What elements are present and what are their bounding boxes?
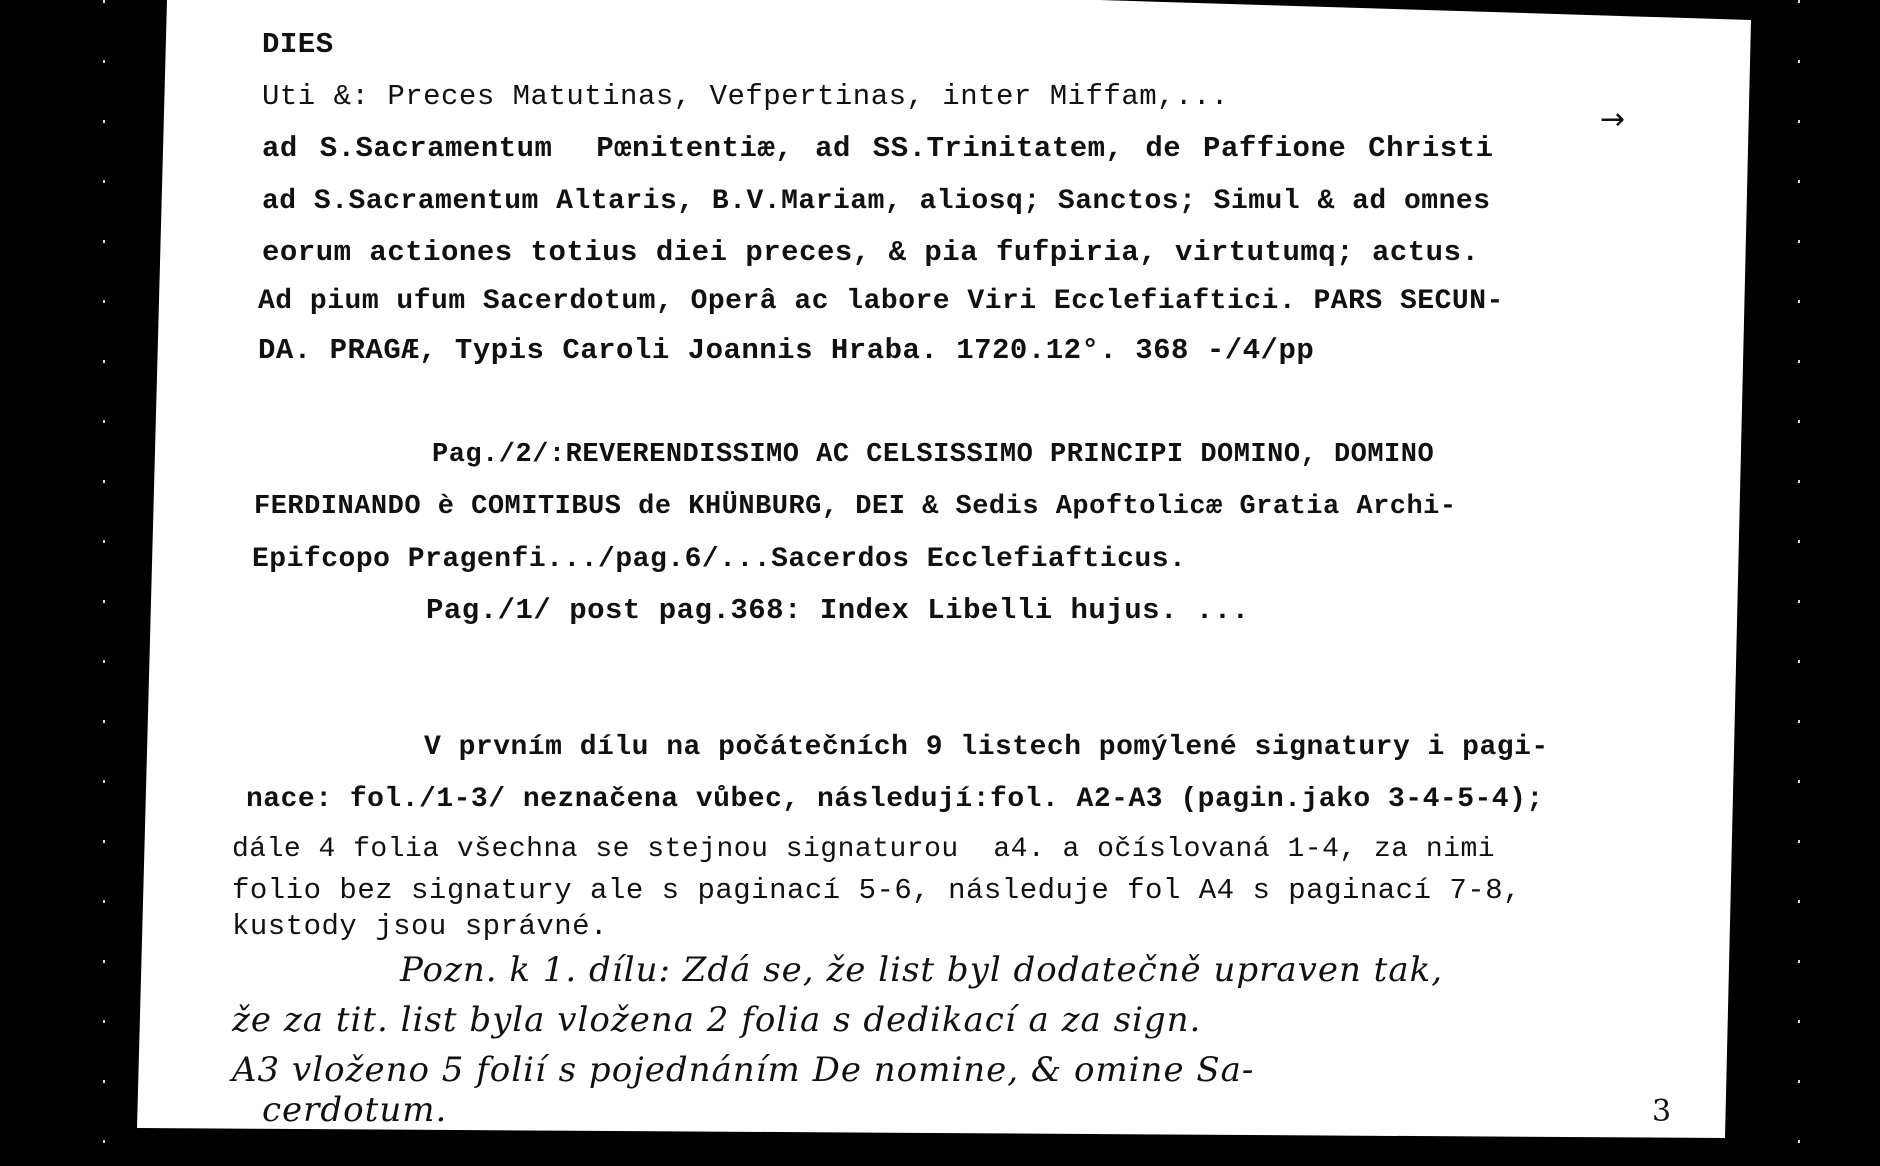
dedication-line-1: Pag./2/:REVERENDISSIMO AC CELSISSIMO PRI…	[432, 440, 1434, 470]
scan-border-right	[1798, 0, 1800, 1166]
dedication-line-4: Pag./1/ post pag.368: Index Libelli huju…	[426, 594, 1250, 627]
handwritten-line-1: Pozn. k 1. dílu: Zdá se, že list byl dod…	[400, 950, 1443, 990]
citation-line-4: eorum actiones totius diei preces, & pia…	[262, 236, 1479, 269]
note-line-4: folio bez signatury ale s paginací 5-6, …	[232, 874, 1521, 907]
dedication-line-2: FERDINANDO è COMITIBUS de KHÜNBURG, DEI …	[254, 492, 1457, 522]
catalog-card: DIES Uti &: Preces Matutinas, Vefpertina…	[0, 0, 1880, 1166]
citation-line-5: Ad pium ufum Sacerdotum, Operâ ac labore…	[258, 286, 1504, 317]
citation-line-3: ad S.Sacramentum Altaris, B.V.Mariam, al…	[262, 186, 1491, 217]
handwritten-line-4: cerdotum.	[262, 1090, 447, 1130]
citation-line-1: Uti &: Preces Matutinas, Vefpertinas, in…	[262, 80, 1229, 113]
note-line-2: nace: fol./1-3/ neznačena vůbec, následu…	[246, 784, 1544, 815]
page-number: 3	[1652, 1094, 1671, 1129]
citation-line-6: DA. PRAGÆ, Typis Caroli Joannis Hraba. 1…	[258, 334, 1314, 367]
note-line-3: dále 4 folia všechna se stejnou signatur…	[232, 834, 1495, 865]
card-heading: DIES	[262, 28, 334, 61]
note-line-1: V prvním dílu na počátečních 9 listech p…	[424, 732, 1549, 763]
note-line-5: kustody jsou správné.	[232, 910, 608, 943]
dedication-line-3: Epifcopo Pragenfi.../pag.6/...Sacerdos E…	[252, 544, 1186, 575]
handwritten-line-3: A3 vloženo 5 folií s pojednáním De nomin…	[232, 1050, 1254, 1090]
citation-line-2: ad S.Sacramentum Pœnitentiæ, ad SS.Trini…	[262, 132, 1494, 165]
handwritten-line-2: že za tit. list byla vložena 2 folia s d…	[232, 1000, 1201, 1040]
margin-arrow-mark: →	[1600, 102, 1625, 137]
scan-border-left	[103, 0, 105, 1166]
